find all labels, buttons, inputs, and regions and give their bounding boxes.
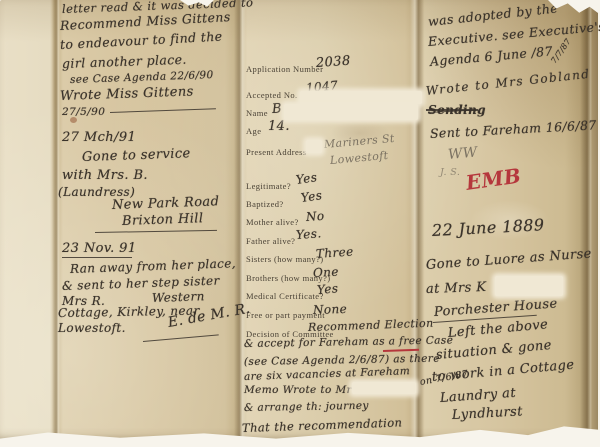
form-value-payment: None (313, 302, 348, 317)
redaction-patch (300, 91, 422, 104)
form-label-sisters: Sisters (how many?) (246, 254, 323, 264)
form-value-legitimate: Yes (295, 170, 318, 187)
handwritten-line: 27/5/90 (62, 106, 105, 118)
scanned-case-record: letter read & it was decided to Recommen… (0, 0, 600, 447)
redaction-patch (284, 104, 418, 120)
form-label-name: Name (246, 108, 268, 118)
redaction-patch (495, 276, 563, 296)
form-label-medical-certificate: Medical Certificate? (246, 291, 324, 301)
handwritten-line: Brixton Hill (122, 211, 204, 229)
form-value-age: 14. (268, 119, 290, 134)
form-value-sisters: Three (316, 244, 355, 261)
form-value-application-number: 2038 (315, 54, 351, 71)
form-value-name: B (271, 101, 282, 117)
underline (62, 257, 132, 258)
form-label-legitimate: Legitimate? (246, 181, 291, 191)
pencil-initials: WW (447, 144, 478, 163)
decision-line: & arrange th: journey (244, 400, 369, 414)
handwritten-line: at Mrs K (426, 280, 487, 297)
form-label-present-address: Present Address (246, 147, 307, 157)
form-label-mother-alive: Mother alive? (246, 217, 299, 227)
fold-crease (52, 0, 60, 441)
fold-crease (410, 0, 424, 441)
handwritten-line: 27 Mch/91 (62, 130, 136, 145)
pencil-initials-faint: J. S. (440, 167, 460, 178)
handwritten-line: with Mrs. B. (62, 168, 148, 183)
form-label-accepted-no: Accepted No. (246, 90, 298, 100)
form-value-mother-alive: No (306, 209, 325, 224)
redaction-patch (352, 382, 416, 394)
form-label-baptized: Baptized? (246, 199, 284, 209)
handwritten-line: Lowestoft. (58, 321, 126, 335)
form-value-baptized: Yes (300, 188, 323, 205)
form-label-application-number: Application Number (246, 64, 323, 74)
form-value-father-alive: Yes. (296, 226, 322, 242)
handwritten-line: 23 Nov. 91 (62, 241, 136, 256)
form-label-age: Age (246, 126, 261, 136)
form-value-medical-certificate: Yes (316, 281, 338, 297)
form-value-brothers: One (313, 265, 340, 280)
form-label-father-alive: Father alive? (246, 236, 295, 246)
redaction-patch (306, 140, 322, 153)
